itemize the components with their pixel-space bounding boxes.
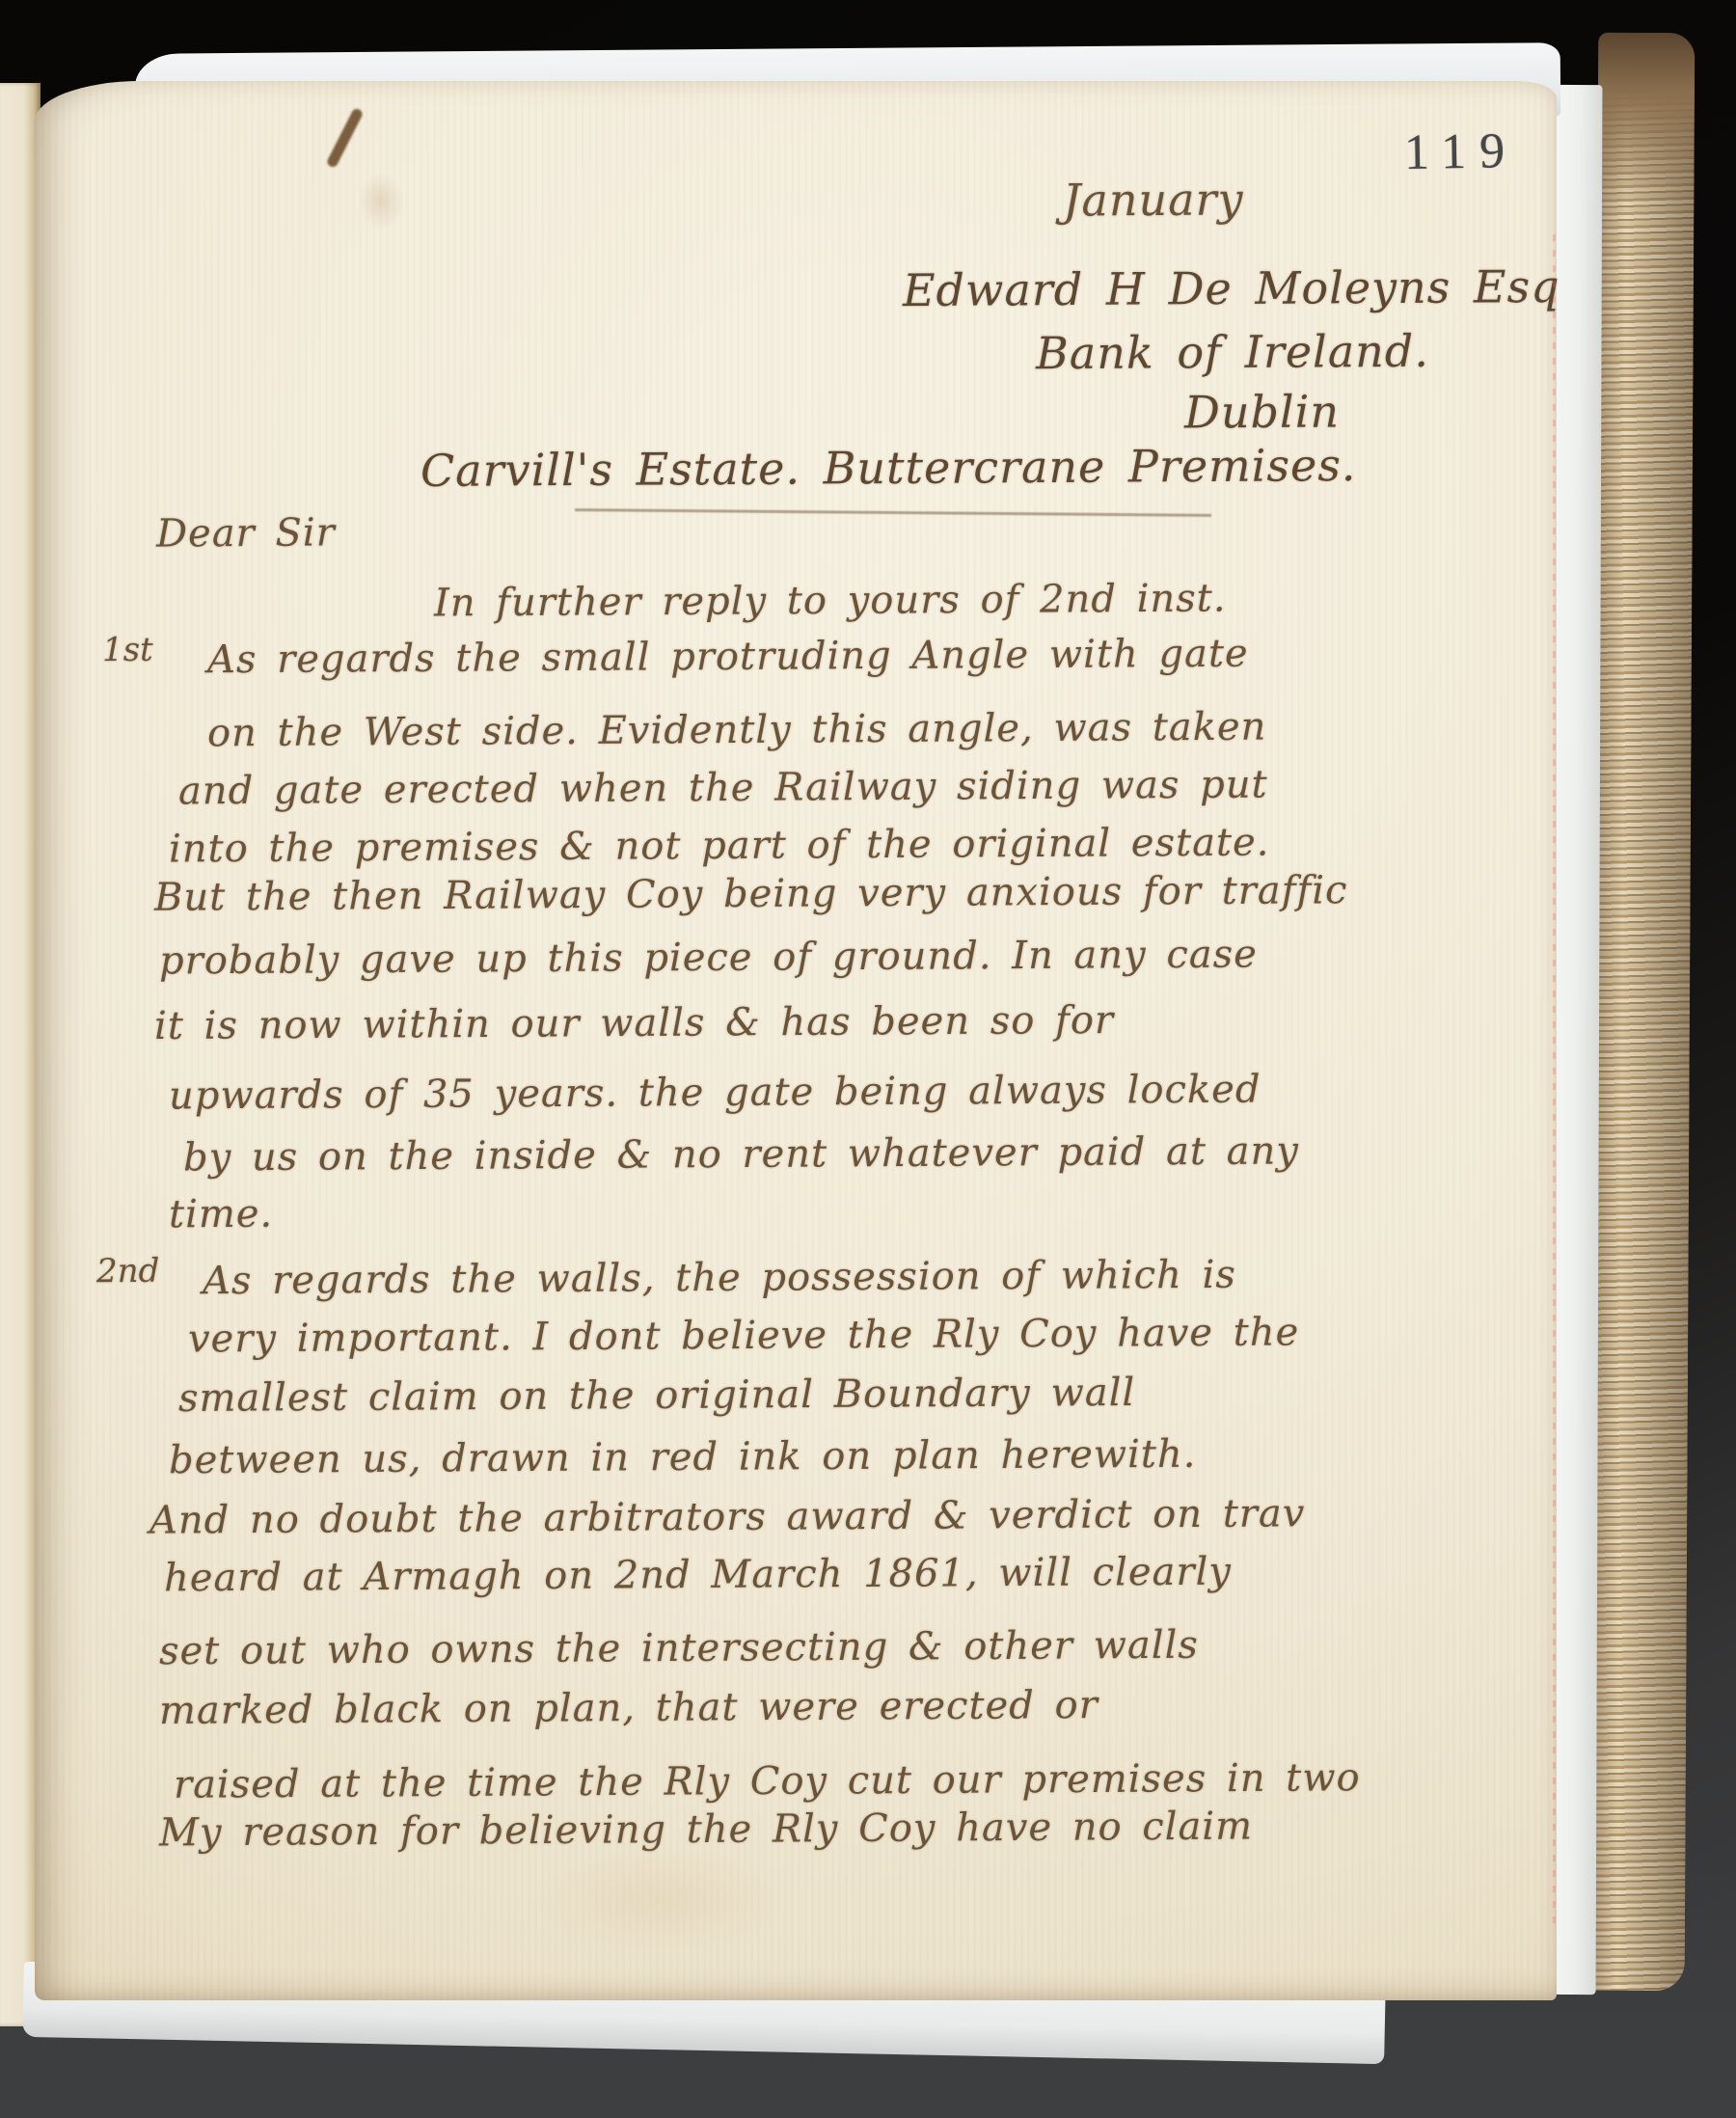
paragraph-number: 1st xyxy=(102,631,153,669)
paper-stain xyxy=(359,174,403,230)
paragraph-number: 2nd xyxy=(96,1252,160,1290)
date-line: January xyxy=(1063,173,1244,226)
letter-line: upwards of 35 years. the gate being alwa… xyxy=(169,1068,1261,1119)
book-fore-edge-pages xyxy=(1588,33,1695,1991)
letter-line: And no doubt the arbitrators award & ver… xyxy=(149,1491,1306,1542)
letter-line: it is now within our walls & has been so… xyxy=(154,998,1114,1048)
letter-line: between us, drawn in red ink on plan her… xyxy=(169,1432,1197,1483)
letter-line: very important. I dont believe the Rly C… xyxy=(188,1310,1300,1361)
recipient-name: Edward H De Moleyns Esq xyxy=(903,260,1560,316)
letter-line: But the then Railway Coy being very anxi… xyxy=(154,868,1348,920)
opening-line: In further reply to yours of 2nd inst. xyxy=(434,576,1227,625)
subject-underline xyxy=(575,508,1211,517)
letter-line: by us on the inside & no rent whatever p… xyxy=(183,1128,1299,1180)
letter-line: heard at Armagh on 2nd March 1861, will … xyxy=(164,1550,1232,1601)
subject-line: Carvill's Estate. Buttercrane Premises. xyxy=(420,439,1357,497)
letter-line: into the premises & not part of the orig… xyxy=(169,821,1270,872)
letter-line: probably gave up this piece of ground. I… xyxy=(159,933,1258,984)
letter-line: set out who owns the intersecting & othe… xyxy=(159,1623,1199,1674)
paper-stain xyxy=(536,1846,787,1952)
page-number-stamp: 119 xyxy=(1403,122,1518,181)
letter-line: As regards the small protruding Angle wi… xyxy=(207,632,1249,683)
letter-line: time. xyxy=(169,1192,273,1237)
letter-line: As regards the walls, the possession of … xyxy=(203,1253,1236,1304)
letter-line: My reason for believing the Rly Coy have… xyxy=(159,1805,1253,1856)
ink-slash-mark xyxy=(326,107,365,169)
letter-line: and gate erected when the Railway siding… xyxy=(178,763,1268,814)
recipient-city: Dublin xyxy=(1184,386,1340,439)
letter-line: on the West side. Evidently this angle, … xyxy=(207,705,1267,756)
salutation: Dear Sir xyxy=(156,510,336,556)
letter-line: marked black on plan, that were erected … xyxy=(159,1683,1099,1733)
letter-line: raised at the time the Rly Coy cut our p… xyxy=(174,1755,1361,1807)
recipient-institution: Bank of Ireland. xyxy=(1036,325,1429,379)
letterbook-photograph: 119 January Edward H De Moleyns Esq Bank… xyxy=(0,0,1736,2118)
letter-line: smallest claim on the original Boundary … xyxy=(178,1371,1135,1421)
letter-page: 119 January Edward H De Moleyns Esq Bank… xyxy=(35,81,1557,2000)
